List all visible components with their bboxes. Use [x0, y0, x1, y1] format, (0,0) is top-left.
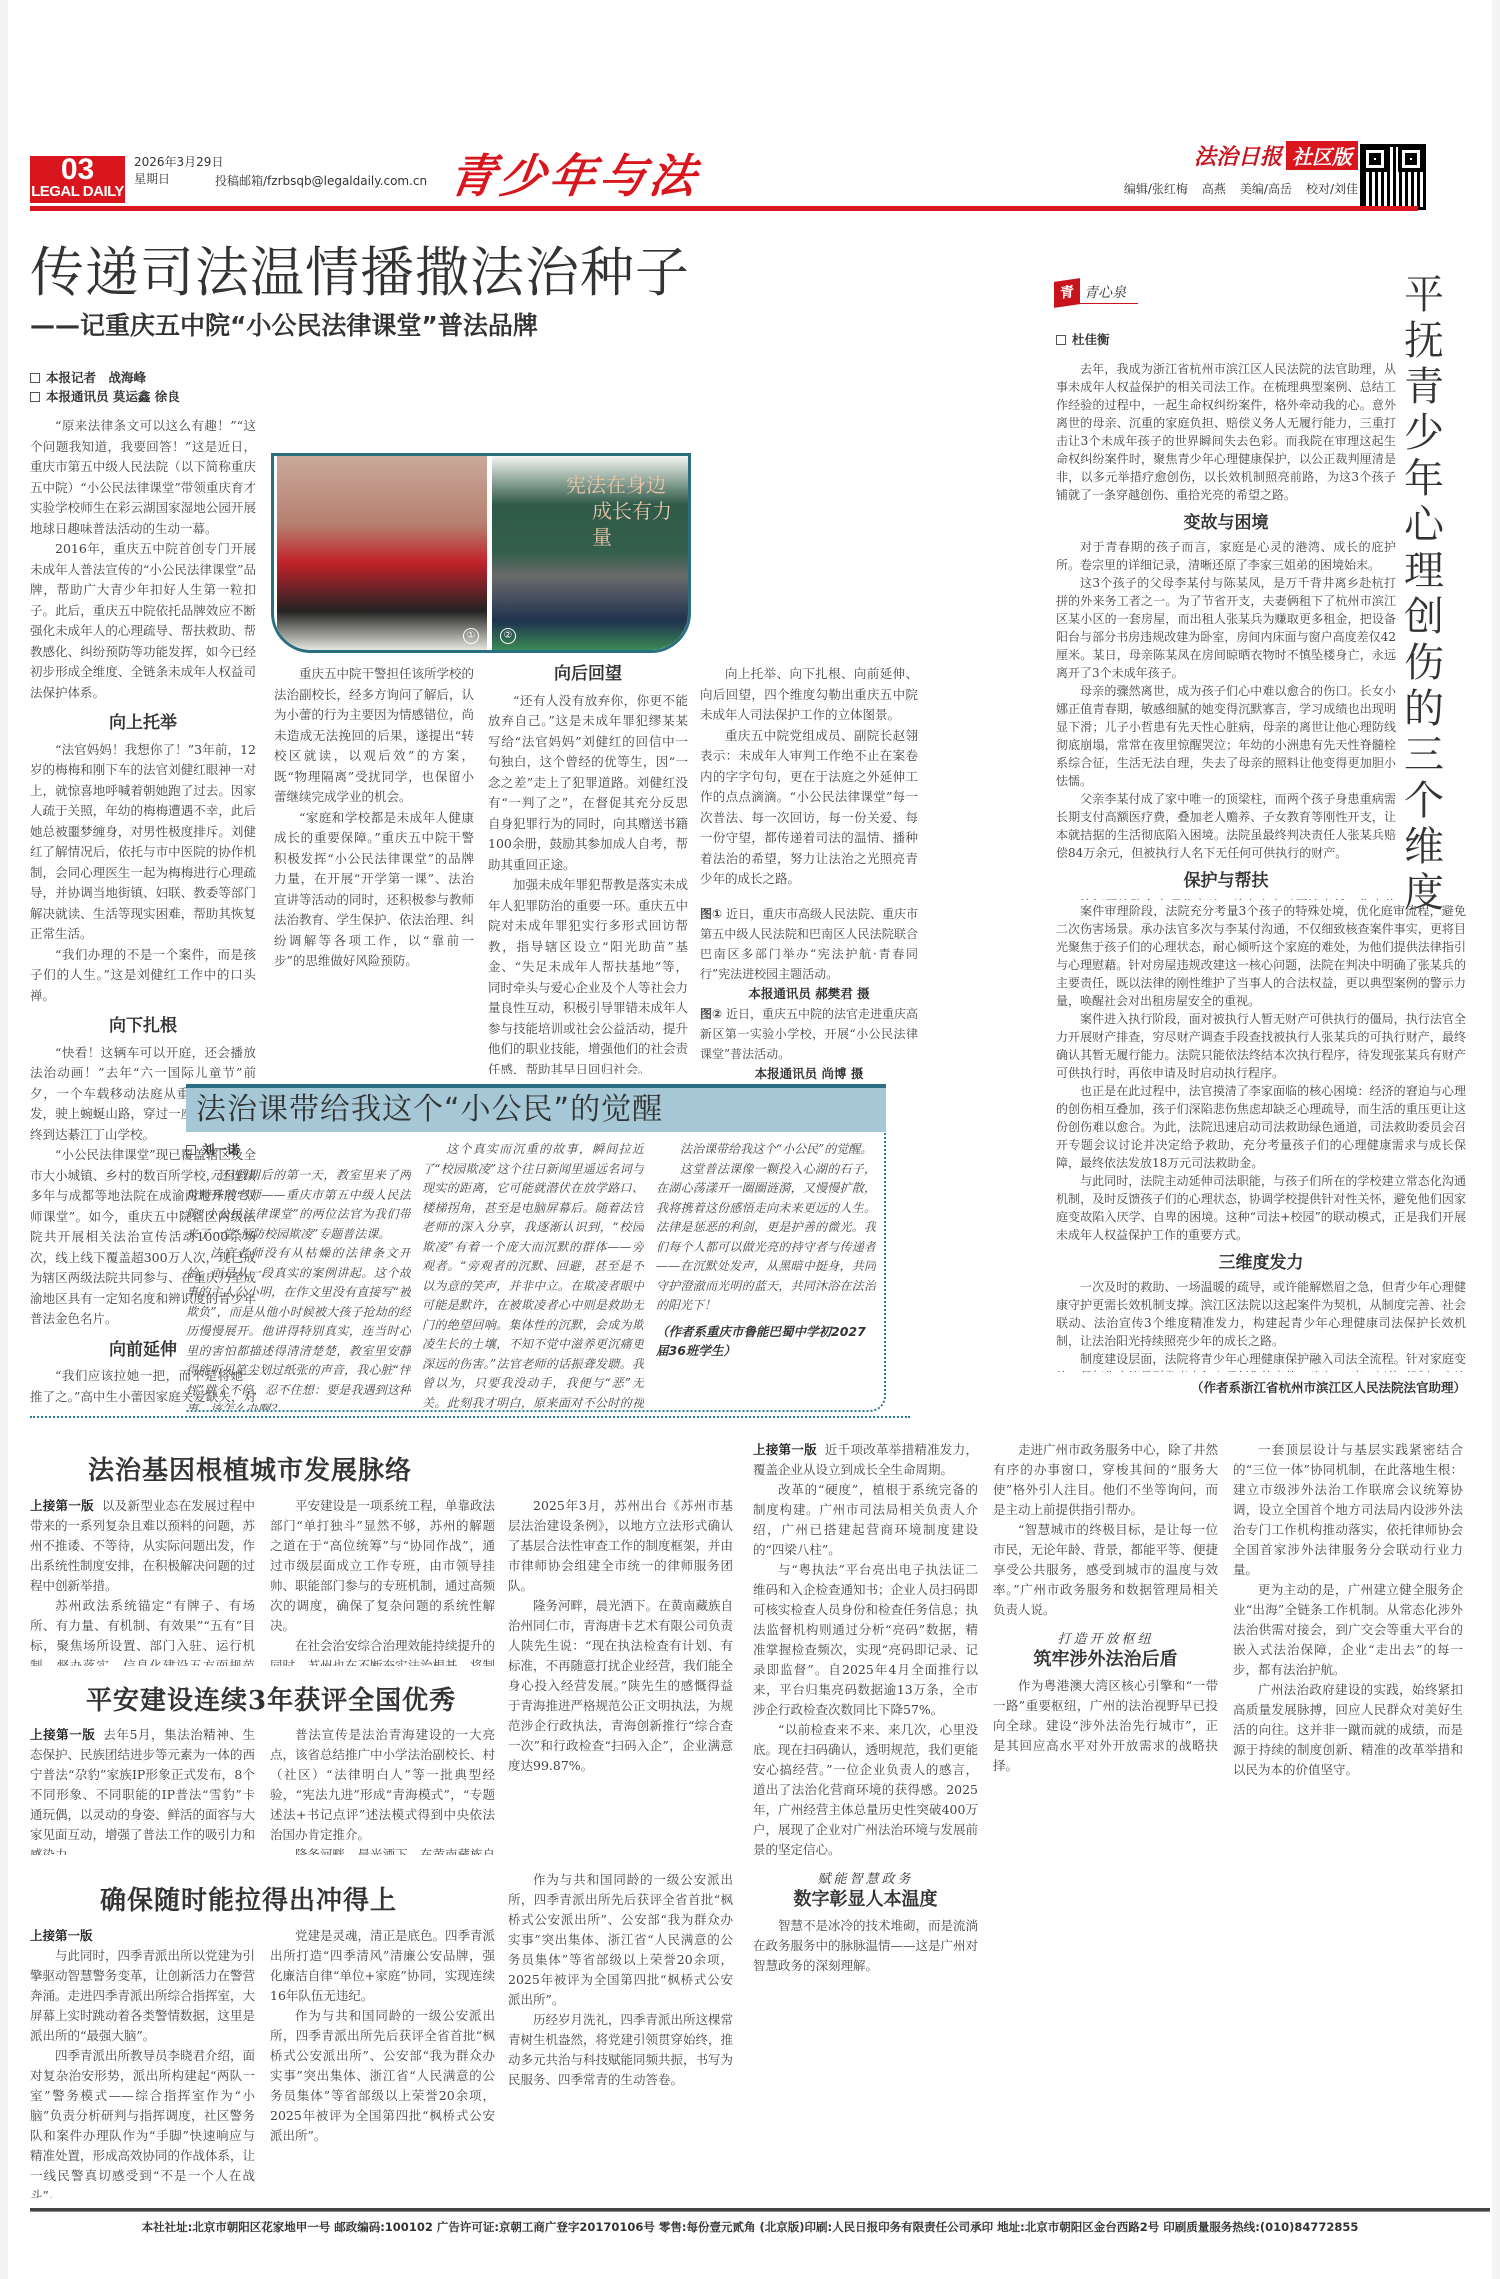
paragraph: 向上托举、向下扎根、向前延伸、向后回望，四个维度勾勒出重庆五中院未成年人司法保护… — [700, 664, 918, 726]
paragraph: 2025年3月，苏州出台《苏州市基层法治建设条例》，以地方立法形式确认了基层合法… — [508, 1496, 733, 1596]
paragraph: “法官妈妈！我想你了！”3年前，12岁的梅梅和刚下车的法官刘健红眼神一对上，就惊… — [30, 740, 256, 945]
byline-box-icon — [30, 373, 40, 383]
paragraph: 母亲的骤然离世，成为孩子们心中难以愈合的伤口。长女小娜正值青春期，敏感细腻的她变… — [1056, 682, 1396, 790]
column-name: 青心泉 — [1080, 285, 1138, 304]
section-heading: 三维度发力 — [1056, 1254, 1466, 1272]
guangzhou-column-2: 走进广州市政务服务中心，除了井然有序的办事窗口，穿梭其间的“服务大使”格外引人注… — [993, 1440, 1218, 2200]
vertical-headline-char: 三 — [1401, 732, 1447, 778]
paragraph: 一套顶层设计与基层实践紧密结合的“三位一体”协同机制，在此落地生根：建立市级涉外… — [1233, 1440, 1463, 1580]
right-column-bottom: 案件审理阶段，法院充分考量3个孩子的特殊处境，优化庭审流程，避免二次伤害场景。承… — [1056, 902, 1466, 1372]
paragraph: 这堂普法课像一颗投入心湖的石子，在湖心荡漾开一圈圈涟漪，又慢慢扩散，我将携着这份… — [656, 1160, 876, 1316]
guangzhou-column-1: 上接第一版近千项改革举措精准发力，覆盖企业从设立到成长全生命周期。 改革的“硬度… — [753, 1440, 978, 2200]
vertical-headline-char: 创 — [1401, 594, 1447, 640]
subhead-foreign-law: 打造开放枢纽 筑牢涉外法治后盾 — [993, 1630, 1218, 1670]
paragraph: 与此同时，四季青派出所以党建为引擎驱动智慧警务变革，让创新活力在警营奔涌。走进四… — [30, 1946, 255, 2046]
police-column-3: 作为与共和国同龄的一级公安派出所，四季青派出所先后获评全省首批“枫桥式公安派出所… — [508, 1870, 733, 2200]
paragraph: 法官老师没有从枯燥的法律条文开始，而是从一段真实的案例讲起。这个故事的主人公小明… — [186, 1244, 411, 1410]
vertical-headline-char: 理 — [1401, 548, 1447, 594]
brand-logo: 法治日报社区版 — [1194, 140, 1358, 171]
paragraph: 作为与共和国同龄的一级公安派出所，四季青派出所先后获评全省首批“枫桥式公安派出所… — [270, 2006, 495, 2146]
caption-text: 近日，重庆市高级人民法院、重庆市第五中级人民法院和巴南区人民法院联合巴南区多部门… — [700, 907, 918, 981]
art-editor-credit: 美编/高岳 — [1240, 182, 1292, 196]
continued-label: 上接第一版 — [30, 1498, 94, 1513]
paragraph: 滨江区法院在审理此案时，并未止步于厘清责任、作出裁判，而是将青少年心理健康保护贯… — [1056, 896, 1396, 900]
right-author: 杜佳衡 — [1072, 332, 1110, 347]
paragraph: 苏州政法系统锚定“有牌子、有场所、有力量、有机制、有效果”“五有”目标，聚焦场所… — [30, 1596, 255, 1666]
photo-number: ② — [500, 628, 516, 644]
caption-label: 图② — [700, 1007, 722, 1021]
masthead: 03 LEGAL DAILY 2026年3月29日 星期日 投稿邮箱/fzrbs… — [30, 140, 1440, 200]
paragraph: 也正是在此过程中，法官摸清了李家面临的核心困境：经济的窘迫与心理的创伤相互叠加，… — [1056, 1082, 1466, 1172]
caption-text: 近日，重庆五中院的法官走进重庆高新区第一实验小学校，开展“小公民法律课堂”普法活… — [700, 1007, 918, 1061]
qinghai-column-2: 普法宣传是法治青海建设的一大亮点，该省总结推广中小学法治副校长、村（社区）“法律… — [270, 1725, 495, 1855]
vertical-headline-char: 维 — [1401, 824, 1447, 870]
paragraph: 与此同时，法院主动延伸司法职能，与孩子们所在的学校建立常态化沟通机制，及时反馈孩… — [1056, 1172, 1466, 1244]
paragraph: 作为粤港澳大湾区核心引擎和“一带一路”重要枢纽，广州的法治视野早已投向全球。建设… — [993, 1676, 1218, 1776]
paragraph: 加强未成年罪犯帮教是落实未成年人犯罪防治的重要一环。重庆五中院对未成年罪犯实行多… — [488, 875, 688, 1074]
essay-byline: 刘一诺 — [186, 1140, 240, 1158]
section-heading: 向后回望 — [488, 664, 688, 685]
paragraph: 案件审理阶段，法院充分考量3个孩子的特殊处境，优化庭审流程，避免二次伤害场景。承… — [1056, 902, 1466, 1010]
qr-code-icon[interactable] — [1360, 144, 1426, 210]
paragraph: 这个真实而沉重的故事，瞬间拉近了“校园欺凌”这个往日新闻里遥远名词与现实的距离，… — [422, 1140, 644, 1412]
subhead-kicker: 打造开放枢纽 — [993, 1630, 1218, 1650]
paragraph: 智慧不是冰冷的技术堆砌，而是流淌在政务服务中的脉脉温情——这是广州对智慧政务的深… — [753, 1916, 978, 1976]
paragraph: 历经岁月洗礼，四季青派出所这棵常青树生机盎然，将党建引领贯穿始终，推动多元共治与… — [508, 2010, 733, 2090]
caption-label: 图① — [700, 907, 722, 921]
correspondent-byline: 本报通讯员 莫运鑫 徐良 — [46, 389, 180, 404]
paragraph: 改革的“硬度”，植根于系统完备的制度构建。广州市司法局相关负责人介绍，广州已搭建… — [753, 1480, 978, 1560]
weekday-text: 星期日 — [134, 171, 223, 188]
paragraph: 党建是灵魂，清正是底色。四季青派出所打造“四季清风”清廉公安品牌，强化廉洁自律“… — [270, 1926, 495, 2006]
byline-box-icon — [186, 1145, 196, 1155]
essay-column-1: 元旦假期后的第一天，教室里来了两位特殊的老师——重庆市第五中级人民法院“小公民法… — [186, 1166, 411, 1410]
essay-author-note: （作者系重庆市鲁能巴蜀中学初2027届36班学生） — [656, 1322, 876, 1361]
essay-title: 法治课带给我这个“小公民”的觉醒 — [186, 1084, 886, 1132]
section-heading: 保护与帮扶 — [1056, 872, 1396, 890]
page-number-badge: 03 LEGAL DAILY — [30, 156, 125, 203]
lead-column-3: 向后回望 “还有人没有放弃你，你更不能放弃自己。”这是未成年罪犯缪某某写给“法官… — [488, 664, 688, 1074]
essay-column-3: 法治课带给我这个“小公民”的觉醒。 这堂普法课像一颗投入心湖的石子，在湖心荡漾开… — [656, 1140, 876, 1412]
paragraph: 隆务河畔，晨光洒下。在黄南藏族自治州同仁市，青海唐卡艺术有限公司负责人陕先生说：… — [270, 1845, 495, 1855]
newspaper-page: 03 LEGAL DAILY 2026年3月29日 星期日 投稿邮箱/fzrbs… — [8, 0, 1492, 2279]
paragraph: 走进广州市政务服务中心，除了井然有序的办事窗口，穿梭其间的“服务大使”格外引人注… — [993, 1440, 1218, 1520]
paragraph: 广州法治政府建设的实践，始终紧扣高质量发展脉搏，回应人民群众对美好生活的向往。这… — [1233, 1680, 1463, 1780]
subhead-main: 筑牢涉外法治后盾 — [993, 1650, 1218, 1670]
paragraph: “家庭和学校都是未成年人健康成长的重要保障。”重庆五中院干警积极发挥“小公民法律… — [274, 808, 474, 972]
suzhou-column-2: 平安建设是一项系统工程，单靠政法部门“单打独斗”显然不够，苏州的解题之道在于“高… — [270, 1496, 495, 1666]
paragraph: 这3个孩子的父母李某付与陈某凤，是万千背井离乡赴杭打拼的外来务工者之一。为了节省… — [1056, 574, 1396, 682]
photo-1: ① — [277, 456, 487, 650]
photo-credit: 本报通讯员 尚博 摄 — [700, 1064, 918, 1085]
photo-caption-1: 图① 近日，重庆市高级人民法院、重庆市第五中级人民法院和巴南区人民法院联合巴南区… — [700, 904, 918, 984]
photo-number: ① — [463, 628, 479, 644]
paragraph: 制度建设层面，法院将青少年心理健康保护融入司法全流程。针对家庭变故、侵权伤害等易… — [1056, 1350, 1466, 1372]
paragraph: “原来法律条文可以这么有趣！”“这个问题我知道，我要回答！”这是近日，重庆市第五… — [30, 416, 256, 539]
paragraph: 对于青春期的孩子而言，家庭是心灵的港湾、成长的庇护所。卷宗里的详细记录，清晰还原… — [1056, 538, 1396, 574]
essay-author: 刘一诺 — [202, 1142, 240, 1157]
paragraph: 2016年，重庆五中院首创专门开展未成年人普法宣传的“小公民法律课堂”品牌，帮助… — [30, 539, 256, 703]
lead-column-2: 重庆五中院干警担任该所学校的法治副校长，经多方询问了解后，认为小蕾的行为主要因为… — [274, 664, 474, 1074]
section-heading: 变故与困境 — [1056, 514, 1396, 532]
paragraph: 隆务河畔，晨光洒下。在黄南藏族自治州同仁市，青海唐卡艺术有限公司负责人陕先生说：… — [508, 1596, 733, 1776]
continued-label: 上接第一版 — [753, 1442, 817, 1457]
subhead-kicker: 赋能智慧政务 — [753, 1870, 978, 1890]
paper-english-name: LEGAL DAILY — [30, 184, 125, 200]
paragraph: 父亲李某付成了家中唯一的顶梁柱，而两个孩子身患重病需长期支付高额医疗费，叠加老人… — [1056, 790, 1396, 862]
vertical-headline-char: 青 — [1401, 364, 1447, 410]
proofreader-credit: 校对/刘佳 — [1306, 182, 1358, 196]
lead-byline: 本报记者 战海峰 本报通讯员 莫运鑫 徐良 — [30, 368, 180, 406]
lead-subheadline: ——记重庆五中院“小公民法律课堂”普法品牌 — [30, 306, 538, 342]
paragraph: 更为主动的是，广州建立健全服务企业“出海”全链条工作机制。从常态化涉外法治供需对… — [1233, 1580, 1463, 1680]
paragraph: 案件进入执行阶段，面对被执行人暂无财产可供执行的僵局，执行法官全力开展财产排查，… — [1056, 1010, 1466, 1082]
paragraph: 重庆五中院党组成员、副院长赵翎表示：未成年人审判工作绝不止在案卷内的字字句句，更… — [700, 726, 918, 890]
editor-credit: 高燕 — [1202, 182, 1226, 196]
paragraph: “还有人没有放弃你，你更不能放弃自己。”这是未成年罪犯缪某某写给“法官妈妈”刘健… — [488, 691, 688, 876]
photo-caption-2: 图② 近日，重庆五中院的法官走进重庆高新区第一实验小学校，开展“小公民法律课堂”… — [700, 1004, 918, 1064]
column-logo: 青青心泉 — [1054, 280, 1138, 306]
footer-rule — [30, 2208, 1490, 2212]
suzhou-column-1: 上接第一版以及新型业态在发展过程中带来的一系列复杂且难以预料的问题，苏州不推诿、… — [30, 1496, 255, 1666]
vertical-headline: 平抚青少年心理创伤的三个维度 — [1401, 272, 1447, 916]
column-cube-icon: 青 — [1054, 278, 1080, 308]
guangzhou-column-3: 一套顶层设计与基层实践紧密结合的“三位一体”协同机制，在此落地生根：建立市级涉外… — [1233, 1440, 1463, 2200]
suzhou-qinghai-column-3: 2025年3月，苏州出台《苏州市基层法治建设条例》，以地方立法形式确认了基层合法… — [508, 1496, 733, 1856]
paragraph: 去年，我成为浙江省杭州市滨江区人民法院的法官助理，从事未成年人权益保护的相关司法… — [1056, 360, 1396, 504]
right-byline: 杜佳衡 — [1056, 330, 1110, 348]
paragraph: 法治课带给我这个“小公民”的觉醒。 — [656, 1140, 876, 1160]
vertical-headline-char: 心 — [1401, 502, 1447, 548]
section-divider — [30, 1416, 910, 1418]
police-column-1: 上接第一版 与此同时，四季青派出所以党建为引擎驱动智慧警务变革，让创新活力在警营… — [30, 1926, 255, 2198]
photo-credit: 本报通讯员 郝樊君 摄 — [700, 984, 918, 1005]
continued-label: 上接第一版 — [30, 1928, 93, 1943]
byline-box-icon — [1056, 335, 1066, 345]
section-heading: 向上托举 — [30, 713, 256, 734]
paragraph: 与“粤执法”平台亮出电子执法证二维码和入企检查通知书；企业人员扫码即可核实检查人… — [753, 1560, 978, 1720]
qinghai-column-1: 上接第一版去年5月，集法治精神、生态保护、民族团结进步等元素为一体的西宁普法“尕… — [30, 1725, 255, 1855]
reporter-byline: 本报记者 战海峰 — [46, 370, 146, 385]
blackboard-line: 宪法在身边 — [566, 472, 688, 498]
paragraph: 去年5月，集法治精神、生态保护、民族团结进步等元素为一体的西宁普法“尕豹”家族I… — [30, 1727, 255, 1855]
vertical-headline-char: 平 — [1401, 272, 1447, 318]
paragraph: “以前检查来不来、来几次，心里没底。现在扫码确认，透明规范，我们更能安心搞经营。… — [753, 1720, 978, 1860]
brand-name: 法治日报 — [1194, 144, 1282, 170]
editor-credits: 编辑/张红梅高燕美编/高岳校对/刘佳 — [1110, 180, 1358, 197]
vertical-headline-char: 伤 — [1401, 640, 1447, 686]
paragraph: 四季青派出所教导员李晓君介绍，面对复杂治安形势，派出所构建起“两队一室”警务模式… — [30, 2046, 255, 2198]
section-title: 青少年与法 — [445, 140, 704, 206]
right-column-top: 去年，我成为浙江省杭州市滨江区人民法院的法官助理，从事未成年人权益保护的相关司法… — [1056, 360, 1396, 900]
subhead-main: 数字彰显人本温度 — [753, 1890, 978, 1910]
subhead-smart-government: 赋能智慧政务 数字彰显人本温度 — [753, 1870, 978, 1910]
vertical-headline-char: 年 — [1401, 456, 1447, 502]
paragraph: “我们办理的不是一个案件，而是孩子们的人生。”这是刘健红工作中的口头禅。 — [30, 945, 256, 1007]
paragraph: 重庆五中院干警担任该所学校的法治副校长，经多方询问了解后，认为小蕾的行为主要因为… — [274, 664, 474, 808]
paragraph: 作为与共和国同龄的一级公安派出所，四季青派出所先后获评全省首批“枫桥式公安派出所… — [508, 1870, 733, 2010]
byline-box-icon — [30, 392, 40, 402]
section-heading: 向下扎根 — [30, 1016, 256, 1037]
lead-photos: ① 宪法在身边成长有力量 ② — [271, 453, 691, 653]
date-text: 2026年3月29日 — [134, 154, 223, 171]
lead-column-4: 向上托举、向下扎根、向前延伸、向后回望，四个维度勾勒出重庆五中院未成年人司法保护… — [700, 664, 918, 1085]
story-headline-suzhou: 法治基因根植城市发展脉络 — [88, 1450, 412, 1487]
vertical-headline-char: 个 — [1401, 778, 1447, 824]
right-author-note: （作者系浙江省杭州市滨江区人民法院法官助理） — [1056, 1378, 1466, 1396]
brand-edition: 社区版 — [1286, 141, 1358, 170]
vertical-headline-char: 少 — [1401, 410, 1447, 456]
story-headline-qinghai: 平安建设连续3年获评全国优秀 — [86, 1680, 456, 1717]
vertical-headline-char: 的 — [1401, 686, 1447, 732]
lead-headline: 传递司法温情播撒法治种子 — [30, 230, 690, 307]
vertical-headline-char: 抚 — [1401, 318, 1447, 364]
editor-credit: 编辑/张红梅 — [1124, 182, 1188, 196]
submission-email: 投稿邮箱/fzrbsqb@legaldaily.com.cn — [215, 172, 427, 189]
blackboard-line: 成长有力量 — [566, 498, 688, 550]
police-column-2: 党建是灵魂，清正是底色。四季青派出所打造“四季清风”清廉公安品牌，强化廉洁自律“… — [270, 1926, 495, 2198]
paragraph: 平安建设是一项系统工程，单靠政法部门“单打独斗”显然不够，苏州的解题之道在于“高… — [270, 1496, 495, 1636]
story-headline-police: 确保随时能拉得出冲得上 — [100, 1880, 397, 1917]
continued-label: 上接第一版 — [30, 1727, 95, 1742]
page-number: 03 — [30, 156, 125, 184]
paragraph: 元旦假期后的第一天，教室里来了两位特殊的老师——重庆市第五中级人民法院“小公民法… — [186, 1166, 411, 1244]
paragraph: 一次及时的救助、一场温暖的疏导，或许能解燃眉之急，但青少年心理健康守护更需长效机… — [1056, 1278, 1466, 1350]
footer-imprint: 本社社址:北京市朝阳区花家地甲一号 邮政编码:100102 广告许可证:京朝工商… — [8, 2219, 1492, 2235]
essay-column-2: 这个真实而沉重的故事，瞬间拉近了“校园欺凌”这个往日新闻里遥远名词与现实的距离，… — [422, 1140, 644, 1412]
blackboard-text: 宪法在身边成长有力量 — [566, 472, 688, 550]
paragraph: 在社会治安综合治理效能持续提升的同时，苏州也在不断夯实法治根基，将制度保障与基层… — [270, 1636, 495, 1666]
photo-2: 宪法在身边成长有力量 ② — [492, 456, 688, 650]
masthead-rule — [30, 206, 1418, 211]
paragraph: “智慧城市的终极目标，是让每一位市民，无论年龄、背景，都能平等、便捷享受公共服务… — [993, 1520, 1218, 1620]
issue-date: 2026年3月29日 星期日 — [134, 154, 223, 188]
paragraph: 普法宣传是法治青海建设的一大亮点，该省总结推广中小学法治副校长、村（社区）“法律… — [270, 1725, 495, 1845]
